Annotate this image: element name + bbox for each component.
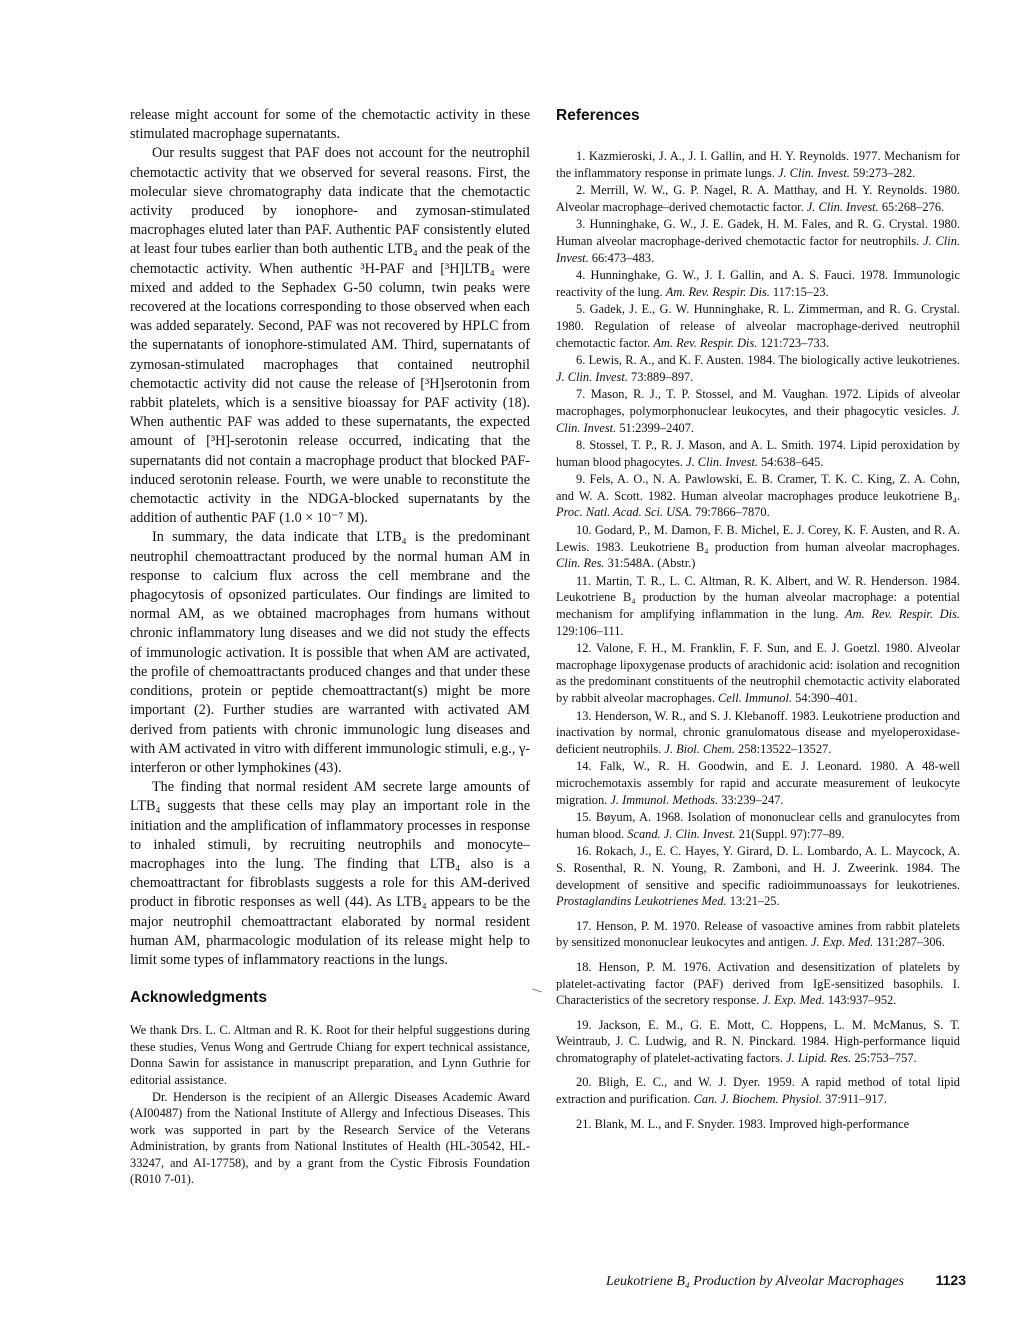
reference-text: 3. Hunninghake, G. W., J. E. Gadek, H. M… <box>556 217 960 248</box>
body-paragraph: The finding that normal resident AM secr… <box>130 778 530 970</box>
reference-citation: 59:273–282. <box>850 166 915 180</box>
reference-item: 13. Henderson, W. R., and S. J. Klebanof… <box>556 708 960 758</box>
reference-journal: Am. Rev. Respir. Dis. <box>666 285 770 299</box>
reference-text: 9. Fels, A. O., N. A. Pawlowski, E. B. C… <box>556 472 960 503</box>
reference-citation: 51:2399–2407. <box>616 421 694 435</box>
reference-item: 12. Valone, F. H., M. Franklin, F. F. Su… <box>556 640 960 706</box>
reference-citation: 54:390–401. <box>792 691 857 705</box>
reference-journal: Am. Rev. Respir. Dis. <box>845 607 960 621</box>
reference-journal: J. Biol. Chem. <box>664 742 735 756</box>
reference-item: 21. Blank, M. L., and F. Snyder. 1983. I… <box>556 1116 960 1133</box>
reference-item: 1. Kazmieroski, J. A., J. I. Gallin, and… <box>556 148 960 181</box>
reference-text: 21. Blank, M. L., and F. Snyder. 1983. I… <box>576 1117 909 1131</box>
left-column: release might account for some of the ch… <box>130 106 530 1188</box>
acknowledgments-heading: Acknowledgments <box>130 988 530 1008</box>
reference-citation: 54:638–645. <box>758 455 823 469</box>
reference-journal: J. Clin. Invest. <box>778 166 850 180</box>
reference-text: 18. Henson, P. M. 1976. Activation and d… <box>556 960 960 1007</box>
reference-list: 1. Kazmieroski, J. A., J. I. Gallin, and… <box>556 148 960 1132</box>
reference-item: 20. Bligh, E. C., and W. J. Dyer. 1959. … <box>556 1074 960 1107</box>
reference-citation: 129:106–111. <box>556 624 624 638</box>
reference-journal: Proc. Natl. Acad. Sci. USA. <box>556 505 692 519</box>
reference-text: 16. Rokach, J., E. C. Hayes, Y. Girard, … <box>556 844 960 891</box>
reference-citation: 65:268–276. <box>879 200 944 214</box>
reference-item: 2. Merrill, W. W., G. P. Nagel, R. A. Ma… <box>556 182 960 215</box>
reference-journal: J. Exp. Med. <box>811 935 873 949</box>
reference-text: 7. Mason, R. J., T. P. Stossel, and M. V… <box>556 387 960 418</box>
reference-item: 17. Henson, P. M. 1970. Release of vasoa… <box>556 918 960 951</box>
reference-item: 14. Falk, W., R. H. Goodwin, and E. J. L… <box>556 758 960 808</box>
reference-text: 10. Godard, P., M. Damon, F. B. Michel, … <box>556 523 960 554</box>
reference-journal: Am. Rev. Respir. Dis. <box>653 336 757 350</box>
reference-item: 9. Fels, A. O., N. A. Pawlowski, E. B. C… <box>556 471 960 521</box>
reference-journal: J. Clin. Invest. <box>807 200 879 214</box>
reference-journal: J. Clin. Invest. <box>556 370 628 384</box>
reference-citation: 25:753–757. <box>851 1051 916 1065</box>
reference-journal: Cell. Immunol. <box>718 691 792 705</box>
body-paragraph: In summary, the data indicate that LTB₄ … <box>130 528 530 778</box>
reference-item: 18. Henson, P. M. 1976. Activation and d… <box>556 959 960 1009</box>
right-column: References 1. Kazmieroski, J. A., J. I. … <box>556 106 960 1133</box>
acknowledgments-paragraph: Dr. Henderson is the recipient of an All… <box>130 1089 530 1189</box>
page-footer: Leukotriene B₄ Production by Alveolar Ma… <box>606 1272 966 1290</box>
reference-item: 4. Hunninghake, G. W., J. I. Gallin, and… <box>556 267 960 300</box>
reference-item: 3. Hunninghake, G. W., J. E. Gadek, H. M… <box>556 216 960 266</box>
reference-item: 16. Rokach, J., E. C. Hayes, Y. Girard, … <box>556 843 960 909</box>
reference-citation: 31:548A. (Abstr.) <box>605 556 696 570</box>
reference-citation: 21(Suppl. 97):77–89. <box>736 827 845 841</box>
reference-journal: J. Exp. Med. <box>762 993 824 1007</box>
reference-citation: 131:287–306. <box>873 935 945 949</box>
reference-citation: 121:723–733. <box>757 336 829 350</box>
body-paragraph: Our results suggest that PAF does not ac… <box>130 144 530 528</box>
reference-item: 5. Gadek, J. E., G. W. Hunninghake, R. L… <box>556 301 960 351</box>
reference-journal: J. Lipid. Res. <box>786 1051 851 1065</box>
reference-journal: Clin. Res. <box>556 556 605 570</box>
reference-item: 8. Stossel, T. P., R. J. Mason, and A. L… <box>556 437 960 470</box>
reference-citation: 117:15–23. <box>770 285 829 299</box>
reference-journal: Prostaglandins Leukotrienes Med. <box>556 894 727 908</box>
reference-item: 11. Martin, T. R., L. C. Altman, R. K. A… <box>556 573 960 639</box>
reference-citation: 37:911–917. <box>822 1092 887 1106</box>
reference-item: 6. Lewis, R. A., and K. F. Austen. 1984.… <box>556 352 960 385</box>
reference-journal: J. Immunol. Methods. <box>610 793 718 807</box>
reference-item: 10. Godard, P., M. Damon, F. B. Michel, … <box>556 522 960 572</box>
acknowledgments-paragraph: We thank Drs. L. C. Altman and R. K. Roo… <box>130 1022 530 1088</box>
reference-citation: 143:937–952. <box>825 993 897 1007</box>
reference-citation: 79:7866–7870. <box>692 505 770 519</box>
running-title: Leukotriene B₄ Production by Alveolar Ma… <box>606 1274 904 1290</box>
reference-journal: J. Clin. Invest. <box>686 455 758 469</box>
page-number: 1123 <box>936 1272 966 1288</box>
reference-journal: Can. J. Biochem. Physiol. <box>694 1092 822 1106</box>
reference-citation: 66:473–483. <box>589 251 654 265</box>
reference-citation: 258:13522–13527. <box>735 742 831 756</box>
reference-text: 6. Lewis, R. A., and K. F. Austen. 1984.… <box>576 353 960 367</box>
references-heading: References <box>556 106 960 126</box>
margin-mark <box>532 988 542 992</box>
body-paragraph: release might account for some of the ch… <box>130 106 530 144</box>
reference-item: 15. Bøyum, A. 1968. Isolation of mononuc… <box>556 809 960 842</box>
reference-item: 19. Jackson, E. M., G. E. Mott, C. Hoppe… <box>556 1017 960 1067</box>
reference-citation: 13:21–25. <box>727 894 780 908</box>
reference-journal: Scand. J. Clin. Invest. <box>627 827 735 841</box>
reference-citation: 33:239–247. <box>718 793 783 807</box>
reference-item: 7. Mason, R. J., T. P. Stossel, and M. V… <box>556 386 960 436</box>
reference-citation: 73:889–897. <box>628 370 693 384</box>
